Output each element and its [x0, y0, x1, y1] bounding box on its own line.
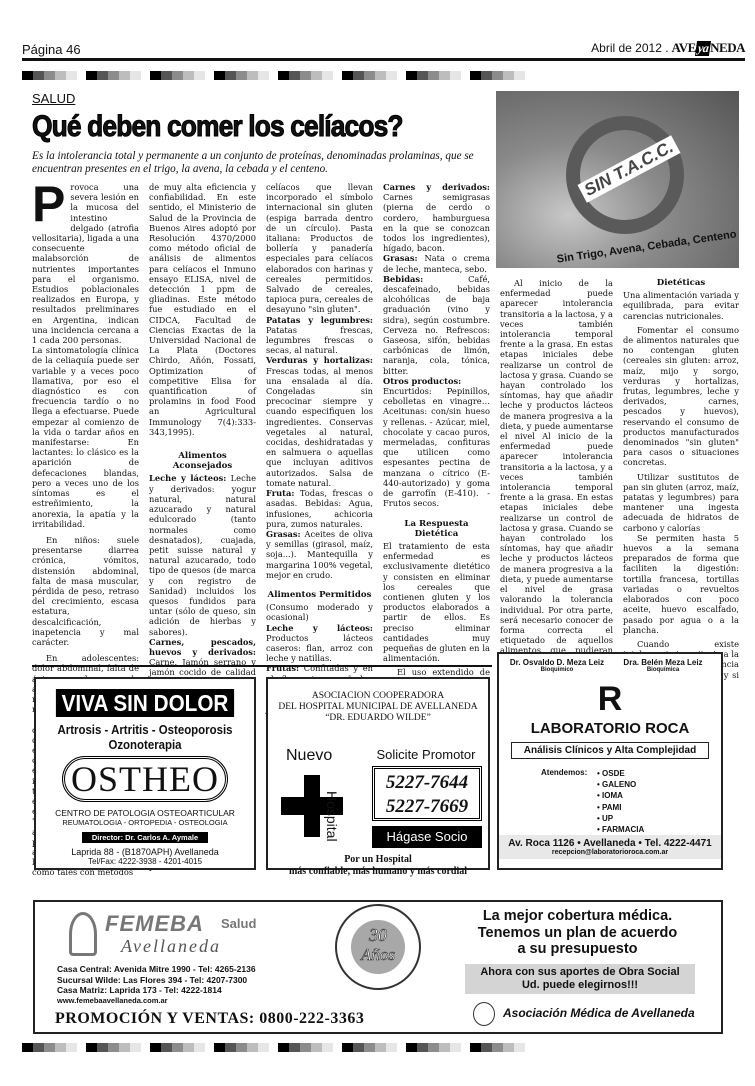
checker-cell: [375, 71, 386, 80]
checker-cell: [322, 71, 333, 80]
label: Bebidas:: [383, 274, 423, 284]
label: Carnes y derivados:: [383, 182, 490, 192]
article-divider: [32, 665, 492, 667]
page-number: Página 46: [22, 42, 81, 57]
text: Productos lácteos caseros: flan, arroz c…: [266, 633, 373, 663]
checker-cell: [503, 71, 514, 80]
ad-phone: Tel/Fax: 4222-3938 - 4201-4015: [36, 857, 254, 866]
femeba-city: Avellaneda: [121, 936, 221, 957]
label: Otros productos:: [383, 376, 461, 386]
ad-line: “DR. EDUARDO WILDE”: [268, 713, 488, 724]
checker-cell: [481, 1043, 492, 1052]
lab-footer: Av. Roca 1126 • Avellaneda • Tel. 4222-4…: [499, 835, 721, 859]
checker-cell: [108, 1043, 119, 1052]
article-column-6: Dietéticas Una alimentación variada y eq…: [623, 278, 739, 690]
checker-cell: [130, 71, 141, 80]
femeba-address: Casa Central: Avenida Mitre 1990 - Tel: …: [57, 964, 256, 975]
subheading: Alimentos Aconsejados: [149, 451, 256, 471]
checker-cell: [86, 71, 97, 80]
seal-30: 30: [351, 924, 405, 946]
checker-cell: [428, 1043, 439, 1052]
femeba-logo-small: Salud: [221, 916, 256, 931]
checker-cell: [183, 71, 194, 80]
paragraph: de muy alta eficiencia y confiabilidad. …: [149, 182, 256, 437]
checker-cell: [183, 1043, 194, 1052]
checker-cell: [406, 1043, 417, 1052]
checker-cell: [342, 1043, 353, 1052]
checker-cell: [258, 1043, 269, 1052]
checker-cell: [44, 1043, 55, 1052]
checker-cell: [311, 71, 322, 80]
checker-cell: [417, 71, 428, 80]
paragraph: En niños: suele presentarse diarrea crón…: [32, 535, 139, 647]
checker-group: [150, 1043, 205, 1052]
checker-cell: [214, 1043, 225, 1052]
ad-line: ASOCIACION COOPERADORA: [268, 691, 488, 702]
subheading: Dietéticas: [623, 278, 739, 288]
insurer-item: • UP: [597, 813, 685, 824]
ad-line: CENTRO DE PATOLOGIA OSTEOARTICULAR: [36, 808, 254, 818]
label: Carnes, pescados, huevos y derivados:: [149, 637, 256, 657]
sin-tacc-photo: SIN T.A.C.C. Sin Trigo, Avena, Cebada, C…: [496, 91, 739, 268]
checker-cell: [278, 1043, 289, 1052]
lab-address: Av. Roca 1126 • Avellaneda • Tel. 4222-4…: [499, 838, 721, 849]
checker-cell: [150, 1043, 161, 1052]
ad-tagline: más confiable, más humano y más cordial: [268, 866, 488, 878]
checker-cell: [97, 71, 108, 80]
checker-group: [278, 71, 333, 80]
paragraph: Bebidas: Café, descafeinado, bebidas alc…: [383, 274, 490, 376]
checker-cell: [300, 71, 311, 80]
phone-number: 5227-7669: [375, 795, 479, 819]
nuevo-label: Nuevo: [286, 747, 332, 765]
checker-group: [278, 1043, 333, 1052]
checker-group: [86, 1043, 141, 1052]
checker-strip-top: [22, 71, 755, 80]
label: Leche y lácteos:: [149, 473, 226, 483]
checker-cell: [33, 71, 44, 80]
label: Verduras y hortalizas:: [266, 355, 373, 365]
checker-cell: [150, 71, 161, 80]
doctor-title: Bioquímica: [613, 667, 713, 673]
checker-cell: [439, 1043, 450, 1052]
checker-cell: [450, 71, 461, 80]
drop-cap: P: [32, 184, 65, 224]
ad-hospital[interactable]: ASOCIACION COOPERADORA DEL HOSPITAL MUNI…: [266, 677, 490, 870]
checker-cell: [311, 1043, 322, 1052]
ama-headline: Tenemos un plan de acuerdo: [435, 925, 720, 942]
checker-cell: [194, 1043, 205, 1052]
checker-cell: [55, 1043, 66, 1052]
checker-group: [86, 71, 141, 80]
text: Café, descafeinado, bebidas alcohólicas …: [383, 274, 490, 376]
ad-tagline: Por un Hospital: [268, 854, 488, 866]
paragraph: Se permiten hasta 5 huevos a la semana p…: [623, 533, 739, 635]
attend-label: Atendemos:: [541, 768, 587, 777]
brand-logo: AVEyaNEDA: [672, 40, 745, 56]
checker-cell: [236, 1043, 247, 1052]
caduceus-icon: [473, 1002, 495, 1026]
checker-cell: [492, 1043, 503, 1052]
checker-cell: [66, 1043, 77, 1052]
checker-cell: [119, 1043, 130, 1052]
subheading: Alimentos Permitidos: [266, 590, 373, 600]
checker-cell: [439, 71, 450, 80]
checker-cell: [86, 1043, 97, 1052]
checker-cell: [342, 71, 353, 80]
ad-address: Laprida 88 - (B1870APH) Avellaneda: [36, 847, 254, 857]
checker-cell: [386, 71, 397, 80]
insurer-item: • FARMACIA: [597, 824, 685, 835]
promotor-label: Solicite Promotor: [368, 747, 484, 762]
paragraph: Carnes y derivados: Carnes semigrasas (p…: [383, 182, 490, 253]
checker-group: [406, 1043, 461, 1052]
ama-headline: La mejor cobertura médica.: [435, 908, 720, 925]
ama-box: Ahora con sus aportes de Obra Social Ud.…: [465, 964, 695, 994]
insurer-item: • GALENO: [597, 779, 685, 790]
text: Frescas todas, al menos una ensalada al …: [266, 366, 373, 488]
label: Grasas:: [383, 253, 418, 263]
paragraph: Fruta: Todas, frescas o asadas. Bebidas:…: [266, 488, 373, 529]
checker-cell: [417, 1043, 428, 1052]
logo-arc-text: Sin Trigo, Avena, Cebada, Centeno: [556, 228, 737, 265]
ama-headline: a su presupuesto: [435, 941, 720, 958]
brand-left: AVE: [672, 40, 696, 56]
ad-femeba[interactable]: FEMEBA Salud Avellaneda Casa Central: Av…: [33, 900, 723, 1034]
checker-group: [214, 1043, 269, 1052]
checker-group: [150, 71, 205, 80]
checker-cell: [450, 1043, 461, 1052]
checker-cell: [322, 1043, 333, 1052]
phone-number: 5227-7644: [375, 771, 479, 795]
checker-cell: [353, 71, 364, 80]
checker-cell: [161, 1043, 172, 1052]
label: Patatas y legumbres:: [266, 315, 373, 325]
hospital-vertical-label: Hospital: [324, 791, 340, 842]
checker-cell: [108, 71, 119, 80]
ama-box-line: Ud. puede elegirnos!!!: [465, 979, 695, 992]
checker-cell: [225, 71, 236, 80]
checker-group: [406, 71, 461, 80]
checker-cell: [289, 71, 300, 80]
text: Carnes semigrasas (pierna de cerdo o cor…: [383, 192, 490, 253]
text: Leche y derivados: yogur natural, natura…: [149, 473, 256, 636]
paragraph: Grasas: Nata o crema de leche, manteca, …: [383, 253, 490, 273]
checker-cell: [289, 1043, 300, 1052]
ad-line: DEL HOSPITAL MUNICIPAL DE AVELLANEDA: [268, 702, 488, 713]
checker-cell: [470, 71, 481, 80]
label: Fruta:: [266, 488, 294, 498]
label: Leche y lácteos:: [266, 623, 373, 633]
brand-right: NEDA: [710, 40, 745, 56]
checker-cell: [225, 1043, 236, 1052]
checker-group: [22, 1043, 77, 1052]
headline: Qué deben comer los celíacos?: [32, 110, 403, 144]
checker-cell: [278, 71, 289, 80]
paragraph: La sintomatología clínica de la celiaquí…: [32, 345, 139, 529]
paragraph: Al inicio de la enfermedad puede aparece…: [500, 278, 613, 676]
paragraph: Otros productos:: [383, 376, 490, 386]
paragraph: El tratamiento de esta enfermedad es exc…: [383, 541, 490, 663]
checker-strip-bottom: [22, 1043, 755, 1052]
checker-cell: [353, 1043, 364, 1052]
text: Patatas frescas, legumbres frescas o sec…: [266, 325, 373, 355]
lede: Es la intolerancia total y permanente a …: [32, 150, 497, 176]
checker-cell: [428, 71, 439, 80]
insurer-item: • OSDE: [597, 768, 685, 779]
checker-cell: [503, 1043, 514, 1052]
ad-ostheo[interactable]: VIVA SIN DOLOR Artrosis - Artritis - Ost…: [34, 677, 256, 870]
checker-cell: [514, 71, 525, 80]
checker-group: [470, 71, 525, 80]
checker-group: [342, 71, 397, 80]
insurer-item: • IOMA: [597, 790, 685, 801]
checker-cell: [22, 1043, 33, 1052]
roca-logo-icon: R: [596, 682, 624, 716]
brand-mid: ya: [695, 41, 711, 56]
checker-cell: [194, 71, 205, 80]
checker-cell: [55, 71, 66, 80]
doctor-name: Dra. Belén Meza Leiz: [613, 658, 713, 667]
paragraph: Verduras y hortalizas: Frescas todas, al…: [266, 355, 373, 488]
article-column-5: Al inicio de la enfermedad puede aparece…: [500, 278, 613, 700]
ad-line: Ozonoterapia: [49, 737, 241, 752]
femeba-website[interactable]: www.femebaavellaneda.com.ar: [57, 996, 256, 1007]
paragraph: Grasas: Aceites de oliva y semillas (gir…: [266, 529, 373, 580]
section-label: SALUD: [32, 91, 75, 106]
checker-cell: [258, 71, 269, 80]
label: Grasas:: [266, 529, 301, 539]
doctor-title: Bioquímico: [507, 667, 607, 673]
ad-line: Artrosis - Artritis - Osteoporosis: [49, 722, 241, 737]
paragraph: Encurtidos: Pepinillos, cebolletas en vi…: [383, 386, 490, 508]
paragraph: Patatas y legumbres: Patatas frescas, le…: [266, 315, 373, 356]
checker-cell: [481, 71, 492, 80]
checker-cell: [97, 1043, 108, 1052]
checker-group: [342, 1043, 397, 1052]
subheading: La Respuesta Dietética: [383, 519, 490, 539]
lab-subtitle: Análisis Clínicos y Alta Complejidad: [511, 742, 709, 759]
paragraph: celíacos que llevan incorporado el símbo…: [266, 182, 373, 315]
checker-cell: [364, 1043, 375, 1052]
ad-line: REUMATOLOGIA - ORTOPEDIA - OSTEOLOGIA: [36, 818, 254, 827]
checker-cell: [172, 71, 183, 80]
checker-group: [470, 1043, 525, 1052]
femeba-promo: PROMOCIÓN Y VENTAS: 0800-222-3363: [55, 1010, 364, 1028]
checker-cell: [66, 71, 77, 80]
checker-cell: [130, 1043, 141, 1052]
checker-cell: [236, 71, 247, 80]
checker-cell: [364, 71, 375, 80]
femeba-address: Sucursal Wilde: Las Flores 394 - Tel: 42…: [57, 975, 256, 986]
insurer-item: • PAMI: [597, 802, 685, 813]
checker-cell: [44, 71, 55, 80]
checker-cell: [119, 71, 130, 80]
ad-banner: VIVA SIN DOLOR: [56, 689, 234, 717]
hagase-socio-button[interactable]: Hágase Socio: [372, 826, 482, 848]
paragraph: Leche y lácteos: Productos lácteos caser…: [266, 623, 373, 664]
issue-header: Abril de 2012 . AVEyaNEDA: [591, 40, 745, 56]
checker-cell: [247, 1043, 258, 1052]
checker-cell: [514, 1043, 525, 1052]
paragraph: Leche y lácteos: Leche y derivados: yogu…: [149, 473, 256, 636]
checker-cell: [406, 71, 417, 80]
checker-cell: [22, 71, 33, 80]
femeba-logo: FEMEBA: [105, 911, 204, 937]
doctor-name: Dr. Osvaldo D. Meza Leiz: [507, 658, 607, 667]
paragraph: Fomentar el consumo de alimentos natural…: [623, 325, 739, 468]
checker-cell: [300, 1043, 311, 1052]
phone-box: 5227-7644 5227-7669: [372, 766, 482, 821]
checker-cell: [375, 1043, 386, 1052]
checker-cell: [247, 71, 258, 80]
checker-group: [214, 71, 269, 80]
ama-box-line: Ahora con sus aportes de Obra Social: [465, 966, 695, 979]
checker-group: [22, 71, 77, 80]
checker-cell: [492, 71, 503, 80]
paragraph: Una alimentación variada y equilibrada, …: [623, 290, 739, 321]
lab-name: LABORATORIO ROCA: [499, 720, 721, 737]
checker-cell: [386, 1043, 397, 1052]
checker-cell: [33, 1043, 44, 1052]
femeba-address: Casa Matriz: Laprida 173 - Tel: 4222-181…: [57, 985, 256, 996]
ad-director: Director: Dr. Carlos A. Aymale: [82, 832, 208, 843]
issue-date: Abril de 2012 .: [591, 41, 668, 55]
paragraph: Utilizar sustitutos de pan sin gluten (a…: [623, 472, 739, 533]
checker-cell: [172, 1043, 183, 1052]
seal-anos: Años: [351, 946, 405, 964]
ostheo-logo: OSTHEO: [62, 756, 228, 802]
lab-email[interactable]: recepcion@laboratorioroca.com.ar: [499, 849, 721, 856]
femeba-emblem-icon: [69, 912, 97, 956]
checker-cell: [470, 1043, 481, 1052]
checker-cell: [214, 71, 225, 80]
paragraph: (Consumo moderado y ocasional): [266, 602, 373, 622]
checker-cell: [161, 71, 172, 80]
ama-name: Asociación Médica de Avellaneda: [503, 1006, 695, 1020]
header-rule: [22, 58, 745, 61]
ama-seal: 30 Años: [335, 904, 421, 990]
